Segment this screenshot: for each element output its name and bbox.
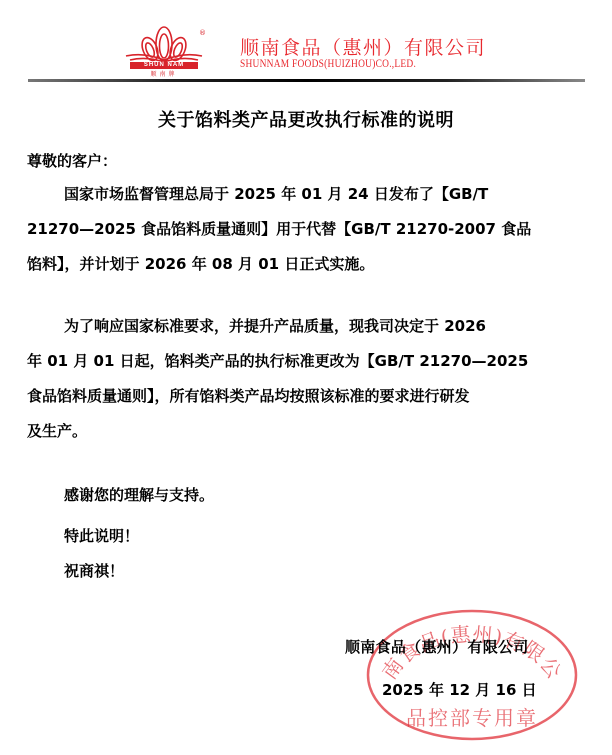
regards-line: 祝商祺！ <box>64 560 124 581</box>
paragraph-line: 食品馅料质量通则】，所有馅料类产品均按照该标准的要求进行研发 <box>27 379 578 414</box>
paragraph-line: 为了响应国家标准要求，并提升产品质量，现我司决定于 2026 <box>27 309 578 344</box>
company-name-cn: 顺南食品（惠州）有限公司 <box>240 33 486 60</box>
brand-name-cn: 顺南牌 <box>130 69 198 78</box>
seal-icon: 顺南食品(惠州)有限公司 品控部专用章 <box>362 603 582 743</box>
paragraph-1: 国家市场监督管理总局于 2025 年 01 月 24 日发布了【GB/T 212… <box>27 177 578 282</box>
registered-mark: ® <box>199 29 206 37</box>
greeting: 尊敬的客户： <box>27 150 117 171</box>
paragraph-line: 年 01 月 01 日起，馅料类产品的执行标准更改为【GB/T 21270—20… <box>27 344 578 379</box>
paragraph-line: 馅料】，并计划于 2026 年 08 月 01 日正式实施。 <box>27 247 578 282</box>
signature-company: 顺南食品（惠州）有限公司 <box>345 636 529 657</box>
paragraph-2: 为了响应国家标准要求，并提升产品质量，现我司决定于 2026 年 01 月 01… <box>27 309 578 449</box>
brand-band: SHUN NAM <box>130 62 198 69</box>
seal-bottom-text: 品控部专用章 <box>406 706 538 730</box>
lotus-logo-icon <box>124 22 204 64</box>
document-title: 关于馅料类产品更改执行标准的说明 <box>0 106 612 132</box>
statement-line: 特此说明！ <box>64 525 139 546</box>
signature-date: 2025 年 12 月 16 日 <box>382 679 537 700</box>
company-seal: 顺南食品(惠州)有限公司 品控部专用章 <box>362 603 582 743</box>
thanks-line: 感谢您的理解与支持。 <box>64 484 214 505</box>
paragraph-line: 21270—2025 食品馅料质量通则】用于代替【GB/T 21270-2007… <box>27 212 578 247</box>
company-logo: ® SHUN NAM 顺南牌 <box>124 22 214 78</box>
company-name-en: SHUNNAM FOODS(HUIZHOU)CO.,LED. <box>240 58 416 70</box>
letterhead: ® SHUN NAM 顺南牌 顺南食品（惠州）有限公司 SHUNNAM FOOD… <box>0 0 612 90</box>
header-divider <box>28 79 585 82</box>
paragraph-line: 及生产。 <box>27 414 578 449</box>
paragraph-line: 国家市场监督管理总局于 2025 年 01 月 24 日发布了【GB/T <box>27 177 578 212</box>
